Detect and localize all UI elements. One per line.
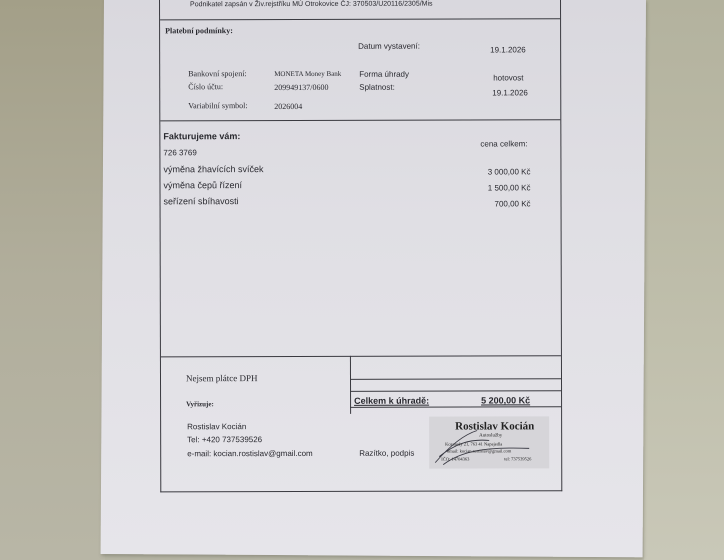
billing-reference: 726 3769 — [163, 148, 196, 157]
billing-item-price: 3 000,00 Kč — [488, 167, 531, 176]
divider-header — [160, 18, 560, 20]
background-right — [644, 0, 724, 560]
billing-title: Fakturujeme vám: — [163, 131, 240, 141]
stamp-label: Razítko, podpis — [359, 449, 414, 458]
account-value: 209949137/0600 — [274, 83, 328, 92]
issued-by-label: Vyřizuje: — [186, 400, 214, 408]
issue-date-value: 19.1.2026 — [490, 45, 526, 54]
contact-email[interactable]: e-mail: kocian.rostislav@gmail.com — [187, 449, 313, 458]
invoice-paper: Podnikatel zapsán v Živ.rejstříku MÚ Otr… — [101, 0, 646, 557]
billing-item-price: 700,00 Kč — [495, 199, 531, 208]
stamp-subtitle: Autoslužby — [479, 433, 502, 438]
total-box-line-3 — [350, 406, 561, 408]
vat-note: Nejsem plátce DPH — [186, 373, 258, 383]
due-label: Splatnost: — [359, 83, 395, 92]
stamp-ico: IČO: 14704363 — [441, 457, 469, 462]
stamp-address: Kozojedy 21, 763 41 Napajedla — [445, 441, 502, 446]
due-value: 19.1.2026 — [492, 88, 528, 97]
total-column-label: cena celkem: — [480, 139, 527, 148]
divider-payment — [160, 119, 560, 121]
bank-value: MONETA Money Bank — [274, 70, 341, 78]
total-box-line-2 — [350, 390, 561, 392]
stamp-email: email: kocian.rostislav@gmail.com — [447, 448, 511, 453]
stamp-name: Rostislav Kocián — [455, 420, 534, 432]
payment-terms-title: Platební podmínky: — [165, 26, 233, 35]
billing-item-price: 1 500,00 Kč — [488, 183, 531, 192]
stamp-tel: tel: 737539526 — [504, 456, 531, 461]
total-value: 5 200,00 Kč — [481, 395, 530, 405]
total-label: Celkem k úhradě: — [354, 396, 429, 406]
registration-text: Podnikatel zapsán v Živ.rejstříku MÚ Otr… — [190, 1, 433, 9]
billing-item-description: seřízení sbíhavosti — [164, 196, 239, 206]
payment-method-value: hotovost — [493, 73, 523, 82]
bank-label: Bankovní spojení: — [188, 69, 246, 78]
company-stamp: Rostislav Kocián Autoslužby Kozojedy 21,… — [429, 416, 549, 468]
footer-vertical-divider — [350, 356, 351, 414]
issue-date-label: Datum vystavení: — [358, 42, 420, 51]
account-label: Číslo účtu: — [188, 82, 223, 91]
background-left — [0, 0, 105, 560]
variable-symbol-value: 2026004 — [274, 102, 302, 111]
contact-name: Rostislav Kocián — [187, 422, 246, 431]
variable-symbol-label: Variabilní symbol: — [188, 101, 247, 110]
payment-method-label: Forma úhrady — [359, 70, 409, 79]
billing-item-description: výměna čepů řízení — [163, 180, 242, 190]
divider-footer — [161, 355, 561, 357]
total-box-line-1 — [350, 378, 561, 380]
contact-phone: Tel: +420 737539526 — [187, 435, 262, 444]
invoice-table: Podnikatel zapsán v Živ.rejstříku MÚ Otr… — [159, 0, 562, 492]
billing-item-description: výměna žhavících svíček — [163, 164, 263, 174]
